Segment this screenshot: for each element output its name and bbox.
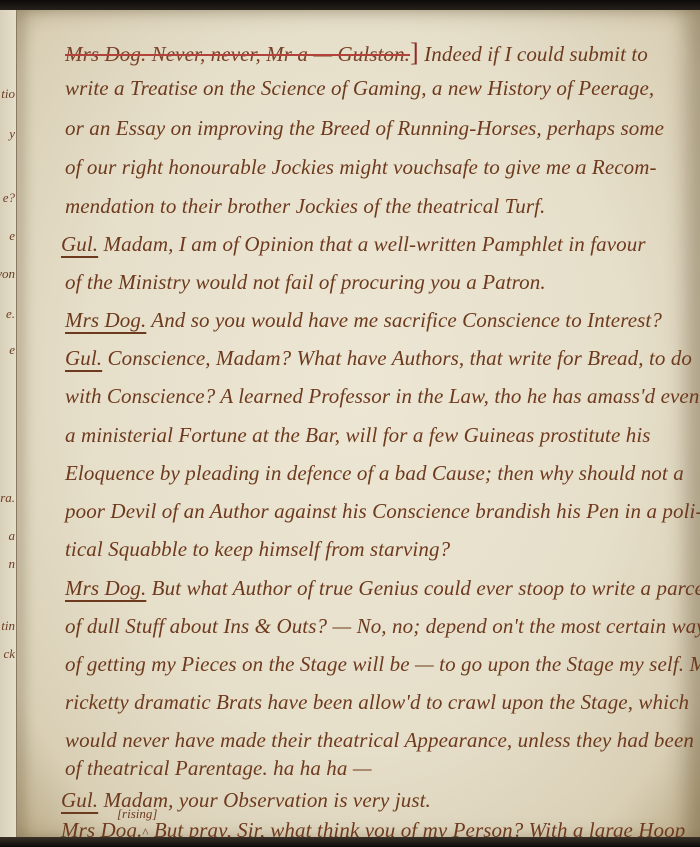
- facing-fragment: y: [9, 126, 15, 142]
- manuscript-line-12: Eloquence by pleading in defence of a ba…: [65, 461, 684, 486]
- manuscript-line-18: ricketty dramatic Brats have been allow'…: [65, 690, 689, 715]
- manuscript-line-5: mendation to their brother Jockies of th…: [65, 194, 545, 219]
- manuscript-line-14: tical Squabble to keep himself from star…: [65, 537, 450, 562]
- manuscript-line-1: Mrs Dog. Never, never, Mr a — Gulston.] …: [65, 38, 648, 68]
- manuscript-line-15: Mrs Dog. But what Author of true Genius …: [65, 576, 700, 601]
- facing-fragment: e.: [6, 306, 15, 322]
- facing-fragment: tio: [1, 86, 15, 102]
- facing-fragment: e: [9, 228, 15, 244]
- line-text: And so you would have me sacrifice Consc…: [146, 308, 662, 332]
- speaker-label: Gul.: [61, 232, 98, 256]
- manuscript-line-9: Gul. Conscience, Madam? What have Author…: [65, 346, 692, 371]
- book-bottom-edge: [0, 837, 700, 847]
- line-text: Conscience, Madam? What have Authors, th…: [102, 346, 692, 370]
- speaker-label: Mrs Dog.: [65, 576, 146, 600]
- manuscript-line-13: poor Devil of an Author against his Cons…: [65, 499, 700, 524]
- facing-fragment: von: [0, 266, 15, 282]
- facing-fragment: ck: [3, 646, 15, 662]
- manuscript-line-19: would never have made their theatrical A…: [65, 728, 694, 753]
- manuscript-line-7: of the Ministry would not fail of procur…: [65, 270, 546, 295]
- manuscript-line-10: with Conscience? A learned Professor in …: [65, 384, 699, 409]
- manuscript-line-2: write a Treatise on the Science of Gamin…: [65, 76, 654, 101]
- facing-fragment: e?: [3, 190, 15, 206]
- facing-page-edge: tio y e? e von e. e ra. a n tin ck: [0, 10, 17, 840]
- line-text: But what Author of true Genius could eve…: [146, 576, 700, 600]
- line-text: Madam, I am of Opinion that a well-writt…: [98, 232, 646, 256]
- manuscript-line-3: or an Essay on improving the Breed of Ru…: [65, 116, 664, 141]
- facing-fragment: n: [9, 556, 16, 572]
- struck-through-text: Mrs Dog. Never, never, Mr a — Gulston.: [65, 42, 410, 66]
- manuscript-line-20: of theatrical Parentage. ha ha ha —: [65, 756, 372, 781]
- manuscript-line-16: of dull Stuff about Ins & Outs? — No, no…: [65, 614, 700, 639]
- speaker-label: Gul.: [61, 788, 98, 812]
- facing-fragment: ra.: [0, 490, 15, 506]
- manuscript-line-6: Gul. Madam, I am of Opinion that a well-…: [61, 232, 646, 257]
- facing-fragment: e: [9, 342, 15, 358]
- manuscript-line-11: a ministerial Fortune at the Bar, will f…: [65, 423, 651, 448]
- manuscript-page: Mrs Dog. Never, never, Mr a — Gulston.] …: [17, 10, 700, 840]
- speaker-label: Mrs Dog.: [65, 308, 146, 332]
- manuscript-line-8: Mrs Dog. And so you would have me sacrif…: [65, 308, 662, 333]
- speaker-label: Gul.: [65, 346, 102, 370]
- closing-bracket: ]: [410, 38, 419, 67]
- facing-fragment: tin: [1, 618, 15, 634]
- manuscript-line-4: of our right honourable Jockies might vo…: [65, 155, 657, 180]
- facing-fragment: a: [9, 528, 16, 544]
- manuscript-line-17: of getting my Pieces on the Stage will b…: [65, 652, 700, 677]
- line-text: Indeed if I could submit to: [419, 42, 648, 66]
